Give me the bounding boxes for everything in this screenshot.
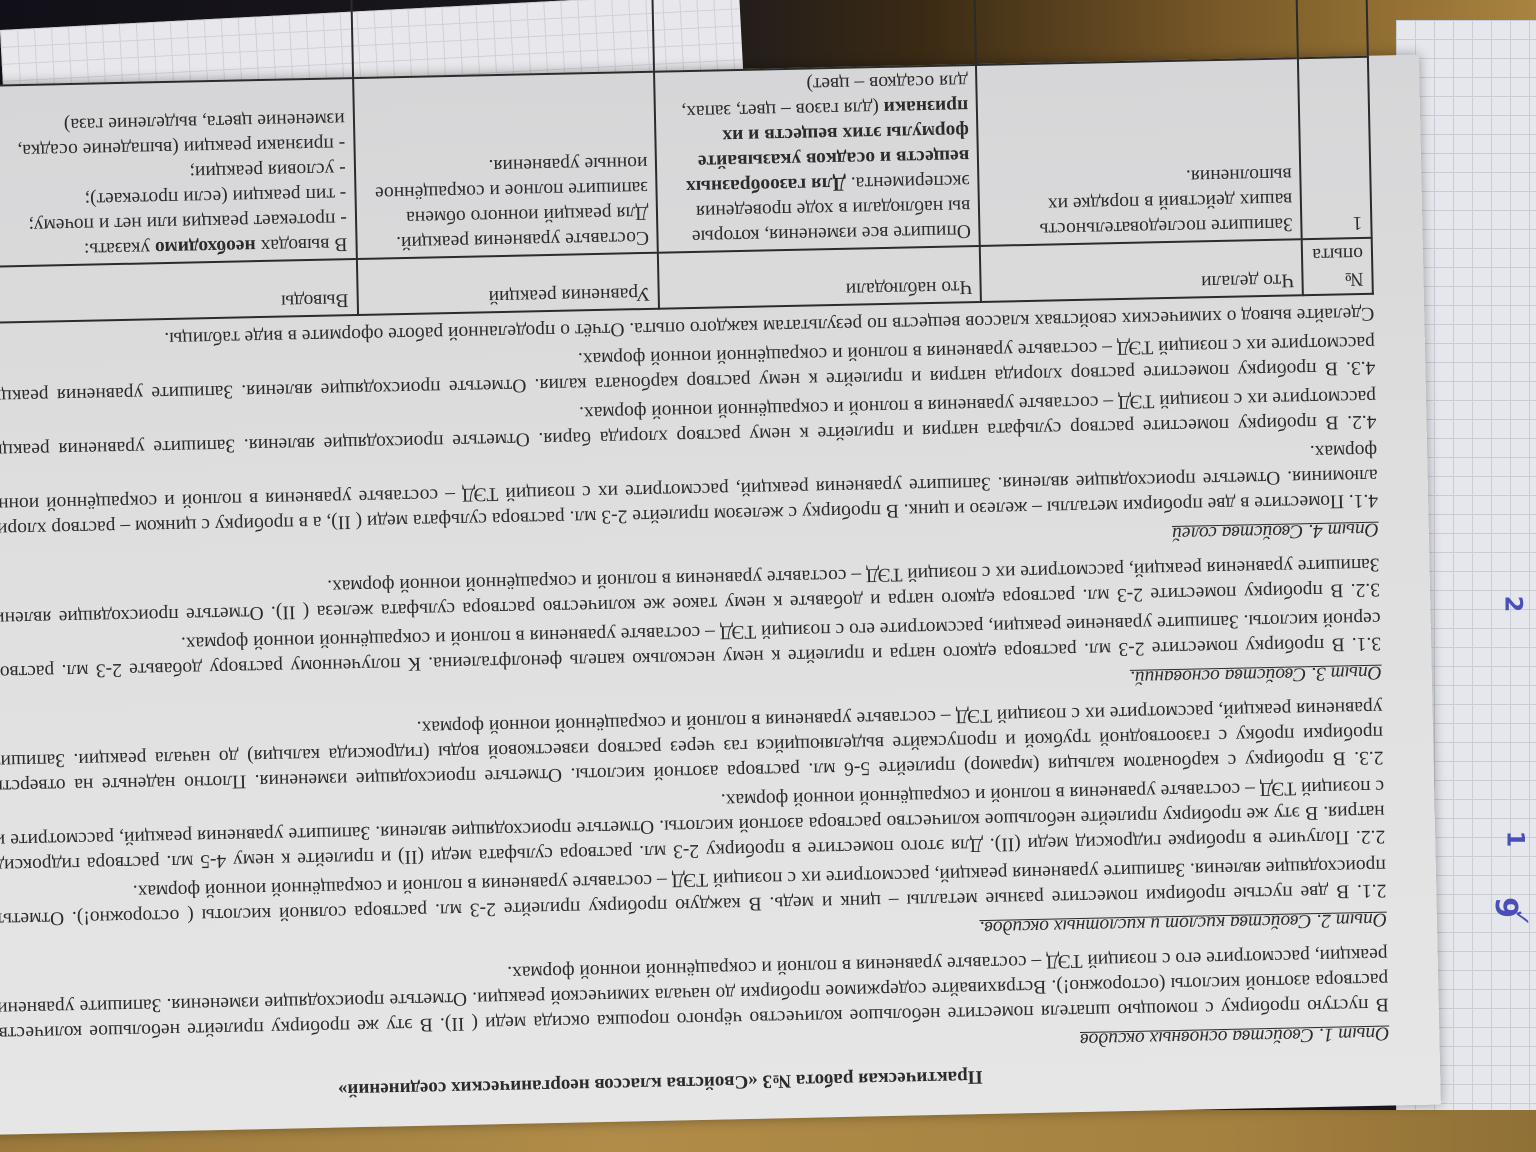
upside-down-content: Практическая работа №3 «Свойства классов… [0,55,1441,1136]
conclusions-item: - тип реакции (если протекает); [84,183,346,209]
handwritten-check-mark: ✓ [1508,908,1533,926]
header-what-done: Что делали [980,239,1303,302]
cell-equations: Составьте уравнения реакций. Для реакций… [353,72,658,259]
empty-cell [348,0,654,78]
document-body: Практическая работа №3 «Свойства классов… [0,0,1390,1110]
conclusions-intro: В выводах [260,233,347,256]
empty-cell [650,0,976,72]
handwritten-mark-2: 2 [1500,596,1528,613]
table-row: 1 Запишите последовательность ваших дейс… [0,57,1372,267]
conclusions-bold: необходимо [155,235,256,258]
report-table: № опыта Что делали Что наблюдали Уравнен… [0,0,1374,324]
conclusions-item: - протекает реакция или нет и почему; [28,208,347,236]
cell-conclusions: В выводах необходимо указать: - протекае… [0,78,357,267]
header-observed: Что наблюдали [658,246,981,309]
empty-cell [0,0,353,86]
cell-observed: Опишите все изменения, которые вы наблюд… [655,65,981,253]
empty-cell [1294,0,1368,58]
cell-number: 1 [1298,57,1371,239]
handwritten-mark-1: 1 [1502,831,1530,848]
conclusions-item: - признаки реакции (выпадение осадка, из… [17,108,345,161]
conclusions-item: - условия реакции; [189,158,346,182]
conclusions-tail: указать: [84,237,151,259]
header-conclusions: Выводы [0,259,358,323]
header-experiment-number: № опыта [1302,238,1373,295]
cell-what-done: Запишите последовательность ваших действ… [976,58,1302,246]
header-equations: Уравнения реакций [357,253,660,315]
worksheet-page: Практическая работа №3 «Свойства классов… [0,55,1441,1136]
empty-cell [972,0,1298,65]
